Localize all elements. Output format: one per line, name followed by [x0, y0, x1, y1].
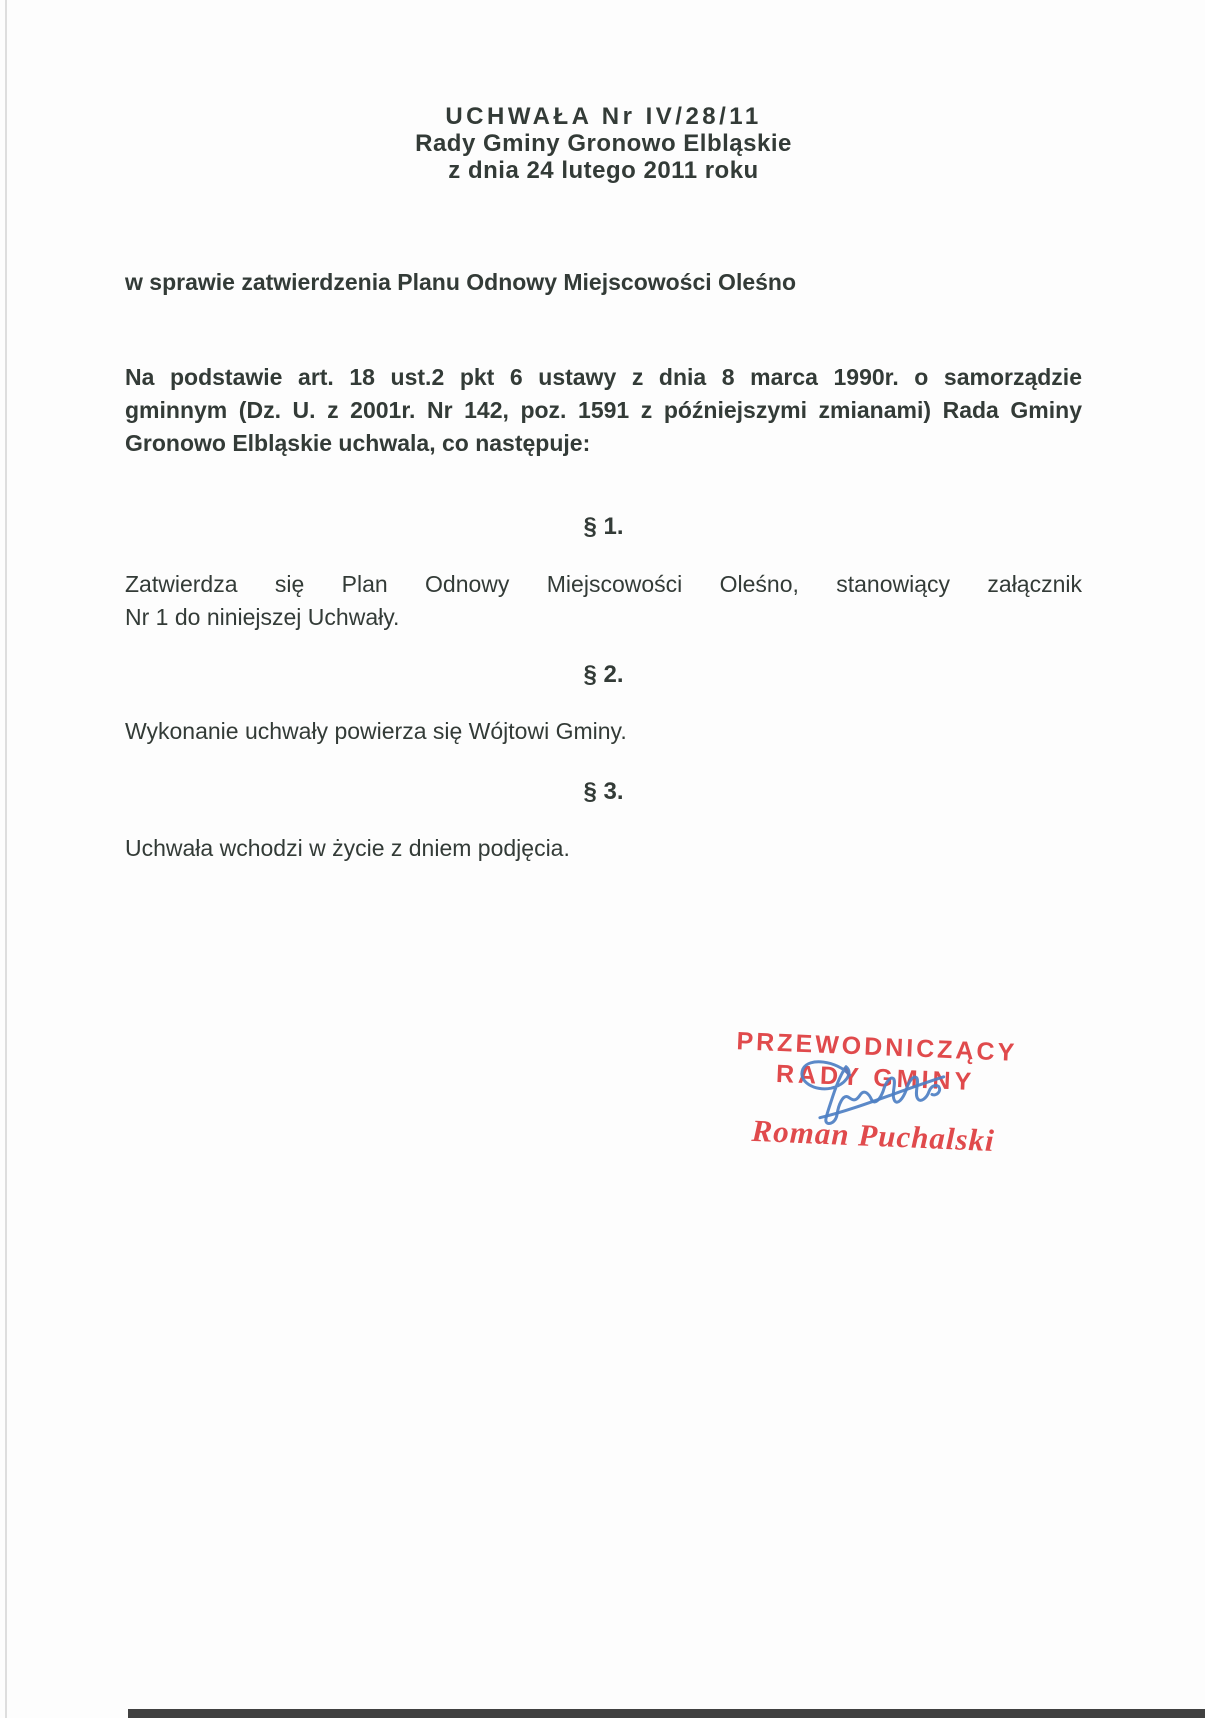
section-1-body: Zatwierdza się Plan Odnowy Miejscowości … — [125, 568, 1082, 634]
title-line-council-name: Rady Gminy Gronowo Elbląskie — [125, 130, 1082, 157]
preamble-line: gminnym (Dz. U. z 2001r. Nr 142, poz. 15… — [125, 394, 1082, 427]
subject-line: w sprawie zatwierdzenia Planu Odnowy Mie… — [125, 267, 1082, 297]
section-1-heading: § 1. — [125, 512, 1082, 542]
signature-block: PRZEWODNICZĄCY RADY GMINY Roman Puchalsk… — [703, 1025, 1048, 1160]
section-3: § 3. Uchwała wchodzi w życie z dniem pod… — [125, 777, 1082, 865]
section-1-body-line: Zatwierdza się Plan Odnowy Miejscowości … — [125, 568, 1082, 601]
section-2: § 2. Wykonanie uchwały powierza się Wójt… — [125, 660, 1082, 748]
scan-artifact-left-edge — [5, 0, 7, 1718]
preamble-line: Gronowo Elbląskie uchwala, co następuje: — [125, 427, 1082, 460]
title-line-resolution-number: UCHWAŁA Nr IV/28/11 — [125, 103, 1082, 130]
section-1-body-line: Nr 1 do niniejszej Uchwały. — [125, 601, 1082, 634]
section-3-heading: § 3. — [125, 777, 1082, 807]
section-3-body: Uchwała wchodzi w życie z dniem podjęcia… — [125, 832, 1082, 865]
section-1: § 1. Zatwierdza się Plan Odnowy Miejscow… — [125, 512, 1082, 634]
section-2-body-line: Wykonanie uchwały powierza się Wójtowi G… — [125, 715, 1082, 748]
section-2-heading: § 2. — [125, 660, 1082, 690]
scanned-document-page: UCHWAŁA Nr IV/28/11 Rady Gminy Gronowo E… — [0, 0, 1205, 1718]
document-title: UCHWAŁA Nr IV/28/11 Rady Gminy Gronowo E… — [125, 103, 1082, 184]
scan-artifact-bottom-edge — [128, 1709, 1205, 1718]
section-3-body-line: Uchwała wchodzi w życie z dniem podjęcia… — [125, 832, 1082, 865]
section-2-body: Wykonanie uchwały powierza się Wójtowi G… — [125, 715, 1082, 748]
title-line-date: z dnia 24 lutego 2011 roku — [125, 157, 1082, 184]
preamble-line: Na podstawie art. 18 ust.2 pkt 6 ustawy … — [125, 361, 1082, 394]
preamble: Na podstawie art. 18 ust.2 pkt 6 ustawy … — [125, 361, 1082, 460]
document-content: UCHWAŁA Nr IV/28/11 Rady Gminy Gronowo E… — [125, 0, 1082, 865]
handwritten-signature — [786, 1054, 953, 1131]
